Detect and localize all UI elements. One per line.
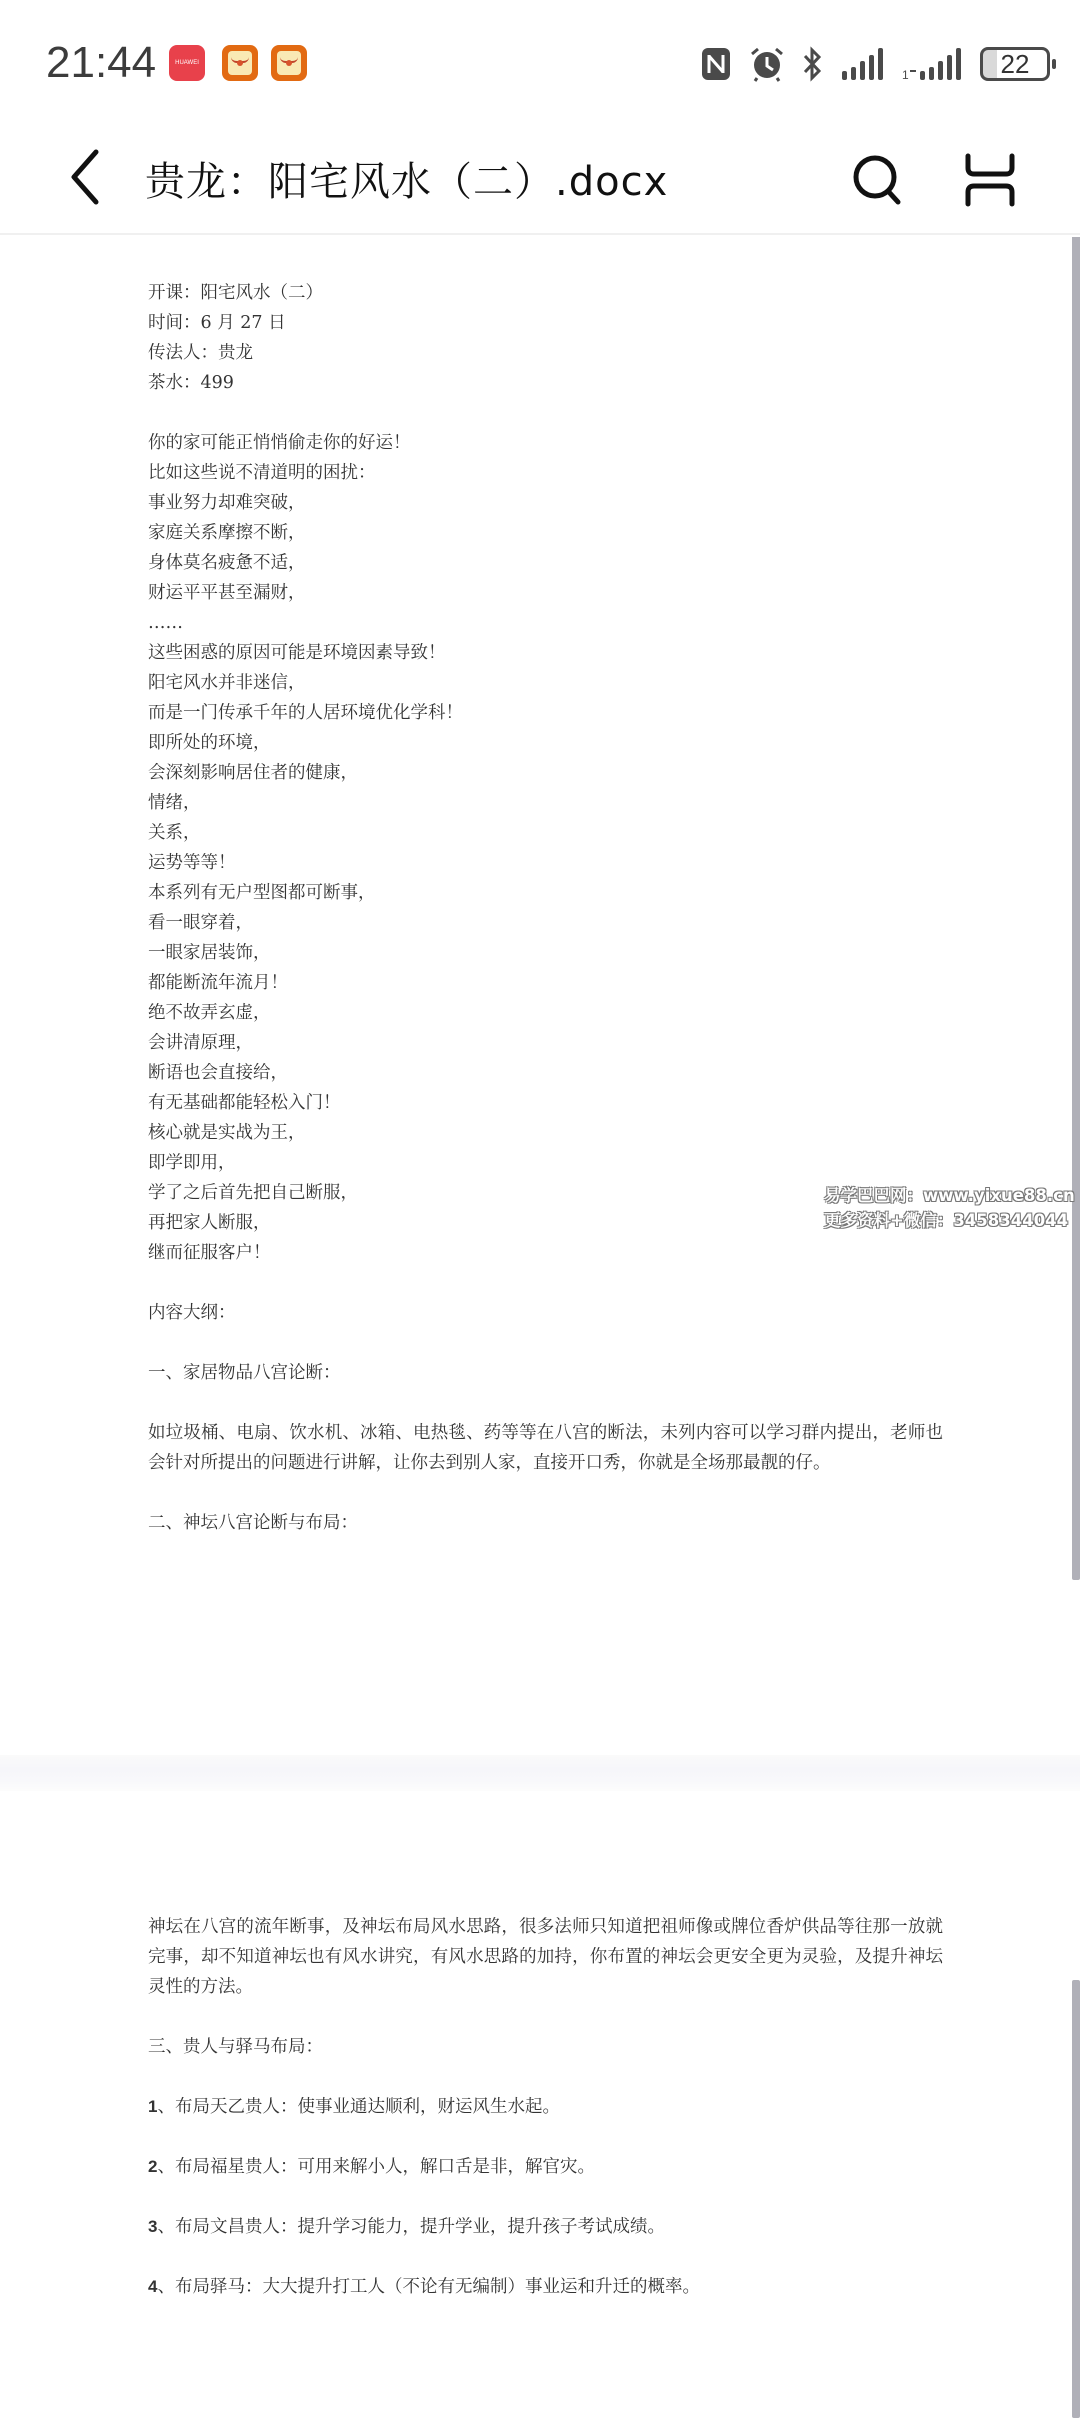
status-icons: 1 22 [700, 42, 1050, 86]
list-item: 4、布局驿马：大大提升打工人（不论有无编制）事业运和升迁的概率。 [148, 2272, 948, 2302]
intro-line: 一眼家居装饰， [148, 938, 948, 968]
screen: 21:44 HUAWEI [0, 0, 1080, 2418]
meta-date: 时间：6 月 27 日 [148, 308, 948, 338]
huawei-label: HUAWEI [175, 60, 199, 66]
list-item: 2、布局福星贵人：可用来解小人，解口舌是非，解官灾。 [148, 2152, 948, 2182]
app-header: 贵龙：阳宅风水（二）.docx [0, 120, 1080, 235]
section-1-body: 如垃圾桶、电扇、饮水机、冰箱、电热毯、药等等在八宫的断法，未列内容可以学习群内提… [148, 1418, 943, 1478]
search-button[interactable] [848, 150, 908, 210]
intro-line: 你的家可能正悄悄偷走你的好运！ [148, 428, 948, 458]
intro-line: 核心就是实战为王， [148, 1118, 948, 1148]
intro-line: 会讲清原理， [148, 1028, 948, 1058]
intro-line: 运势等等！ [148, 848, 948, 878]
split-view-icon [960, 150, 1020, 210]
intro-line: 断语也会直接给， [148, 1058, 948, 1088]
meta-teacher: 传法人：贵龙 [148, 338, 948, 368]
signal-icon [840, 47, 886, 81]
intro-line: 会深刻影响居住者的健康， [148, 758, 948, 788]
huawei-appgallery-icon: HUAWEI [169, 45, 205, 81]
bluetooth-icon [802, 45, 824, 83]
meta-fee: 茶水：499 [148, 368, 948, 398]
watermark: 易学巴巴网：www.yixue88.cn 更多资料+微信：3458344044 [824, 1183, 1075, 1233]
scrollbar[interactable] [1072, 1980, 1080, 2418]
red-envelope-icon [222, 45, 258, 81]
back-button[interactable] [62, 144, 112, 210]
intro-line: 继而征服客户！ [148, 1238, 948, 1268]
battery-indicator: 22 [980, 47, 1050, 81]
intro-line: 本系列有无户型图都可断事， [148, 878, 948, 908]
watermark-line-1: 易学巴巴网：www.yixue88.cn [824, 1183, 1075, 1208]
list-item: 3、布局文昌贵人：提升学习能力，提升学业，提升孩子考试成绩。 [148, 2212, 948, 2242]
intro-line: 而是一门传承千年的人居环境优化学科！ [148, 698, 948, 728]
intro-line: 情绪， [148, 788, 948, 818]
intro-line: 身体莫名疲惫不适， [148, 548, 948, 578]
battery-level: 22 [1001, 49, 1030, 80]
section-2-heading: 二、神坛八宫论断与布局： [148, 1508, 948, 1538]
intro-line: 都能断流年流月！ [148, 968, 948, 998]
list-item: 1、布局天乙贵人：使事业通达顺利，财运风生水起。 [148, 2092, 948, 2122]
intro-line: …… [148, 608, 948, 638]
intro-line: 绝不故弄玄虚， [148, 998, 948, 1028]
document-page-1: 开课：阳宅风水（二） 时间：6 月 27 日 传法人：贵龙 茶水：499 你的家… [148, 278, 948, 1538]
split-view-button[interactable] [960, 150, 1020, 210]
search-icon [848, 150, 908, 210]
document-viewer[interactable]: 开课：阳宅风水（二） 时间：6 月 27 日 传法人：贵龙 茶水：499 你的家… [0, 237, 1080, 2418]
intro-line: 这些困惑的原因可能是环境因素导致！ [148, 638, 948, 668]
document-page-2: 神坛在八宫的流年断事，及神坛布局风水思路，很多法师只知道把祖师像或牌位香炉供品等… [148, 1912, 948, 2302]
status-bar: 21:44 HUAWEI [0, 0, 1080, 120]
red-envelope-icon [271, 45, 307, 81]
intro-line: 看一眼穿着， [148, 908, 948, 938]
svg-text:1: 1 [902, 68, 909, 81]
signal-icon: 1 [902, 47, 964, 81]
intro-line: 有无基础都能轻松入门！ [148, 1088, 948, 1118]
watermark-line-2: 更多资料+微信：3458344044 [824, 1208, 1075, 1233]
chevron-left-icon [62, 144, 112, 210]
intro-line: 阳宅风水并非迷信， [148, 668, 948, 698]
status-time: 21:44 [46, 38, 156, 88]
intro-line: 比如这些说不清道明的困扰： [148, 458, 948, 488]
scrollbar[interactable] [1072, 237, 1080, 1580]
alarm-icon [748, 45, 786, 83]
intro-line: 事业努力却难突破， [148, 488, 948, 518]
intro-line: 家庭关系摩擦不断， [148, 518, 948, 548]
section-3-heading: 三、贵人与驿马布局： [148, 2032, 948, 2062]
document-title: 贵龙：阳宅风水（二）.docx [145, 150, 668, 207]
outline-title: 内容大纲： [148, 1298, 948, 1328]
intro-line: 即所处的环境， [148, 728, 948, 758]
meta-course: 开课：阳宅风水（二） [148, 278, 948, 308]
intro-line: 关系， [148, 818, 948, 848]
nfc-icon [700, 46, 732, 82]
intro-line: 即学即用， [148, 1148, 948, 1178]
page-break [0, 1755, 1080, 1791]
intro-line: 财运平平甚至漏财， [148, 578, 948, 608]
section-1-heading: 一、家居物品八宫论断： [148, 1358, 948, 1388]
section-2-body: 神坛在八宫的流年断事，及神坛布局风水思路，很多法师只知道把祖师像或牌位香炉供品等… [148, 1912, 943, 2002]
